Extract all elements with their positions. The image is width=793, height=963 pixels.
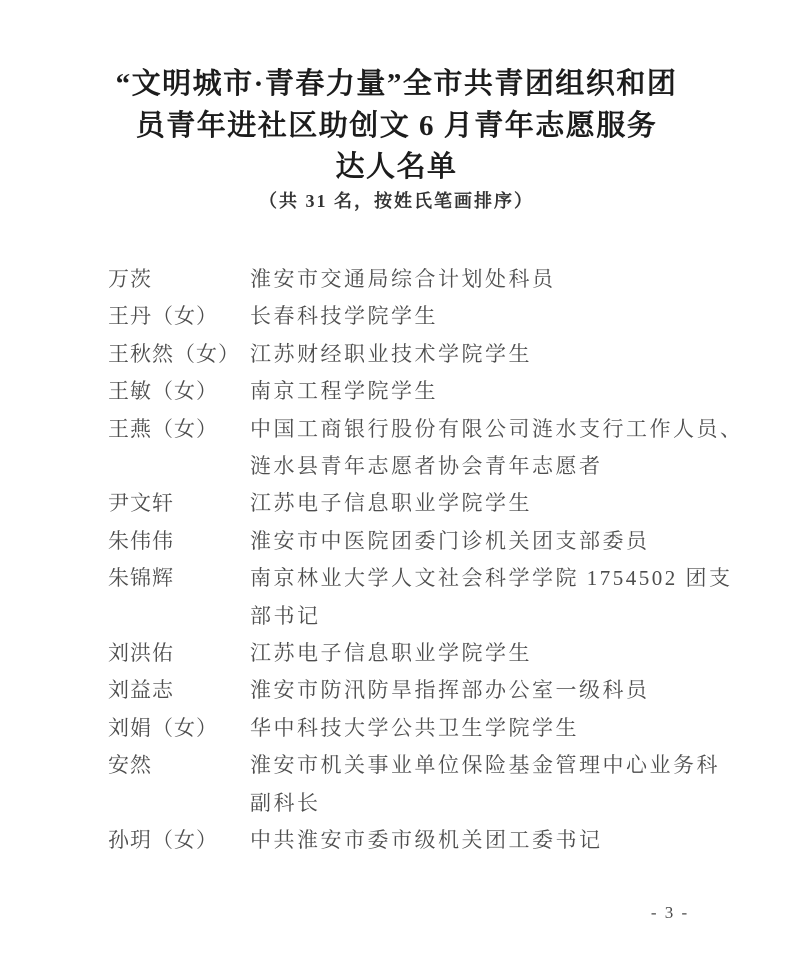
awardee-description: 江苏财经职业技术学院学生: [250, 336, 750, 373]
awardee-description: 淮安市中医院团委门诊机关团支部委员: [250, 523, 750, 560]
awardee-description: 江苏电子信息职业学院学生: [250, 635, 750, 672]
awardee-description: 淮安市防汛防旱指挥部办公室一级科员: [250, 672, 750, 709]
list-item: 刘娟（女） 华中科技大学公共卫生学院学生: [108, 710, 750, 747]
awardee-name: 朱伟伟: [108, 523, 250, 560]
awardee-description: 华中科技大学公共卫生学院学生: [250, 710, 750, 747]
page-number: - 3 -: [600, 903, 740, 923]
awardee-description: 淮安市交通局综合计划处科员: [250, 261, 750, 298]
awardee-list: 万茨 淮安市交通局综合计划处科员 王丹（女） 长春科技学院学生 王秋然（女） 江…: [108, 261, 750, 860]
list-item: 朱伟伟 淮安市中医院团委门诊机关团支部委员: [108, 523, 750, 560]
list-item: 尹文轩 江苏电子信息职业学院学生: [108, 485, 750, 522]
awardee-name: 王秋然（女）: [108, 336, 250, 373]
awardee-description: 中共淮安市委市级机关团工委书记: [250, 822, 750, 859]
awardee-description: 南京林业大学人文社会科学学院 1754502 团支 部书记: [250, 560, 750, 635]
awardee-name: 刘娟（女）: [108, 710, 250, 747]
awardee-name: 王敏（女）: [108, 373, 250, 410]
list-item: 王燕（女） 中国工商银行股份有限公司涟水支行工作人员、 涟水县青年志愿者协会青年…: [108, 411, 750, 486]
list-item: 刘益志 淮安市防汛防旱指挥部办公室一级科员: [108, 672, 750, 709]
awardee-name: 刘洪佑: [108, 635, 250, 672]
awardee-name: 朱锦辉: [108, 560, 250, 597]
list-item: 刘洪佑 江苏电子信息职业学院学生: [108, 635, 750, 672]
awardee-description: 长春科技学院学生: [250, 298, 750, 335]
list-item: 安然 淮安市机关事业单位保险基金管理中心业务科 副科长: [108, 747, 750, 822]
awardee-description: 江苏电子信息职业学院学生: [250, 485, 750, 522]
awardee-description: 中国工商银行股份有限公司涟水支行工作人员、 涟水县青年志愿者协会青年志愿者: [250, 411, 750, 486]
awardee-name: 安然: [108, 747, 250, 784]
list-item: 王丹（女） 长春科技学院学生: [108, 298, 750, 335]
list-item: 万茨 淮安市交通局综合计划处科员: [108, 261, 750, 298]
title-line-2: 员青年进社区助创文 6 月青年志愿服务: [44, 106, 749, 148]
awardee-description: 淮安市机关事业单位保险基金管理中心业务科 副科长: [250, 747, 750, 822]
document-page: “文明城市·青春力量”全市共青团组织和团 员青年进社区助创文 6 月青年志愿服务…: [0, 0, 793, 963]
title-line-1: “文明城市·青春力量”全市共青团组织和团: [44, 64, 749, 106]
list-item: 孙玥（女） 中共淮安市委市级机关团工委书记: [108, 822, 750, 859]
list-item: 王敏（女） 南京工程学院学生: [108, 373, 750, 410]
awardee-name: 王燕（女）: [108, 411, 250, 448]
document-subtitle: （共 31 名，按姓氏笔画排序）: [0, 187, 793, 213]
awardee-name: 刘益志: [108, 672, 250, 709]
awardee-name: 孙玥（女）: [108, 822, 250, 859]
list-item: 王秋然（女） 江苏财经职业技术学院学生: [108, 336, 750, 373]
title-line-3: 达人名单: [44, 147, 749, 189]
list-item: 朱锦辉 南京林业大学人文社会科学学院 1754502 团支 部书记: [108, 560, 750, 635]
awardee-name: 尹文轩: [108, 485, 250, 522]
awardee-name: 万茨: [108, 261, 250, 298]
awardee-description: 南京工程学院学生: [250, 373, 750, 410]
document-title: “文明城市·青春力量”全市共青团组织和团 员青年进社区助创文 6 月青年志愿服务…: [44, 64, 749, 189]
awardee-name: 王丹（女）: [108, 298, 250, 335]
